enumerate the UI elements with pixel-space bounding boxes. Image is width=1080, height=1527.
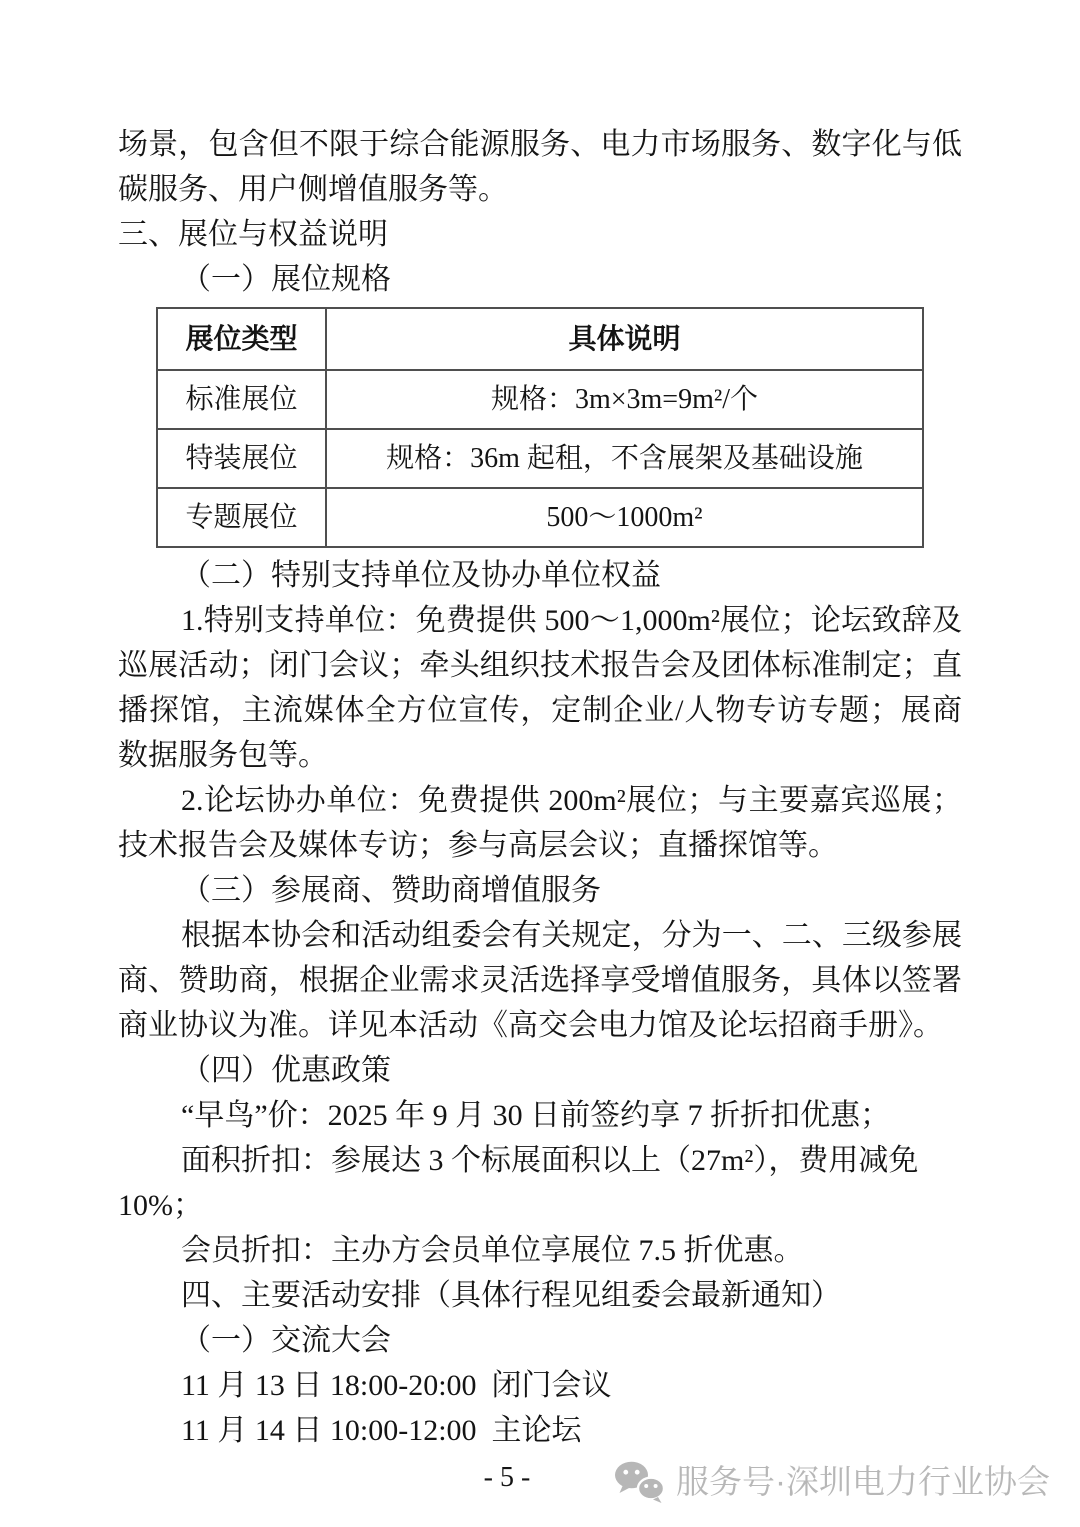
discount-line-earlybird: “早鸟”价：2025 年 9 月 30 日前签约享 7 折折扣优惠； [118,1093,962,1138]
section-3-1-heading: （一）展位规格 [118,257,962,302]
value-added-paragraph: 根据本协会和活动组委会有关规定，分为一、二、三级参展商、赞助商，根据企业需求灵活… [118,913,962,1048]
table-row: 专题展位 500～1000m² [157,488,923,547]
col-header-booth-type: 展位类型 [157,308,326,370]
schedule-line-closed-meeting: 11 月 13 日 18:00-20:00 闭门会议 [118,1363,962,1408]
section-4-1-heading: （一）交流大会 [118,1318,962,1363]
document-page: 场景，包含但不限于综合能源服务、电力市场服务、数字化与低碳服务、用户侧增值服务等… [0,0,1080,1527]
booth-desc-cell: 500～1000m² [326,488,923,547]
section-3-3-heading: （三）参展商、赞助商增值服务 [118,868,962,913]
discount-line-area: 面积折扣：参展达 3 个标展面积以上（27m²），费用减免 10%； [118,1138,962,1228]
section-4-heading: 四、主要活动安排（具体行程见组委会最新通知） [118,1273,962,1318]
discount-line-member: 会员折扣：主办方会员单位享展位 7.5 折优惠。 [118,1228,962,1273]
section-3-4-heading: （四）优惠政策 [118,1048,962,1093]
table-row: 标准展位 规格：3m×3m=9m²/个 [157,370,923,429]
section-3-2-heading: （二）特别支持单位及协办单位权益 [118,553,962,598]
booth-type-cell: 专题展位 [157,488,326,547]
booth-type-cell: 特装展位 [157,429,326,488]
table-row: 特装展位 规格：36m 起租，不含展架及基础设施 [157,429,923,488]
intro-paragraph: 场景，包含但不限于综合能源服务、电力市场服务、数字化与低碳服务、用户侧增值服务等… [118,122,962,212]
col-header-description: 具体说明 [326,308,923,370]
booth-desc-cell: 规格：36m 起租，不含展架及基础设施 [326,429,923,488]
schedule-line-main-forum: 11 月 14 日 10:00-12:00 主论坛 [118,1408,962,1453]
booth-spec-table: 展位类型 具体说明 标准展位 规格：3m×3m=9m²/个 特装展位 规格：36… [156,307,924,548]
booth-desc-cell: 规格：3m×3m=9m²/个 [326,370,923,429]
table-header-row: 展位类型 具体说明 [157,308,923,370]
wechat-watermark: 服务号·深圳电力行业协会 [614,1461,1050,1503]
document-content: 场景，包含但不限于综合能源服务、电力市场服务、数字化与低碳服务、用户侧增值服务等… [0,0,1080,1496]
booth-type-cell: 标准展位 [157,370,326,429]
section-3-heading: 三、展位与权益说明 [118,212,962,257]
forum-cohost-paragraph: 2.论坛协办单位：免费提供 200m²展位；与主要嘉宾巡展；技术报告会及媒体专访… [118,778,962,868]
special-support-paragraph: 1.特别支持单位：免费提供 500～1,000m²展位；论坛致辞及巡展活动；闭门… [118,598,962,778]
wechat-icon [614,1461,666,1503]
watermark-text: 服务号·深圳电力行业协会 [676,1462,1050,1502]
